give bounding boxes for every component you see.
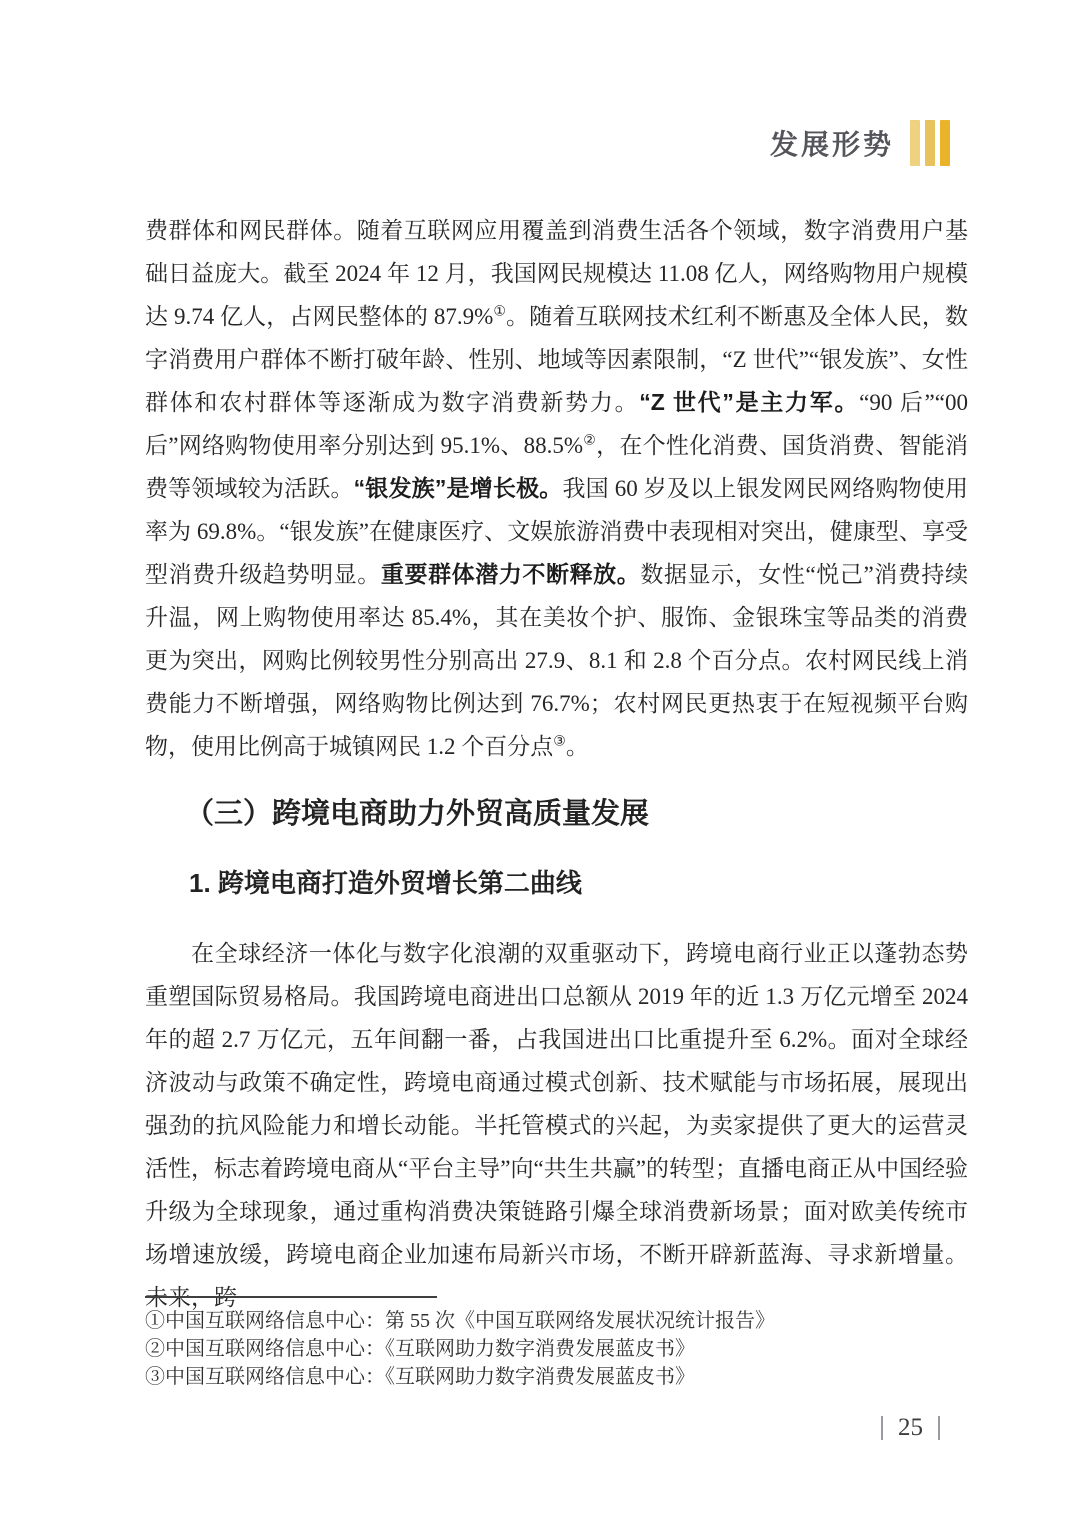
three-bars-icon bbox=[910, 120, 950, 166]
document-page: 发展形势 费群体和网民群体。随着互联网应用覆盖到消费生活各个领域，数字消费用户基… bbox=[0, 0, 1080, 1528]
page-number: 25 bbox=[881, 1414, 940, 1442]
paragraph-cross-border-trade: 在全球经济一体化与数字化浪潮的双重驱动下，跨境电商行业正以蓬勃态势重塑国际贸易格… bbox=[145, 932, 968, 1319]
section-heading-cross-border-ecommerce: （三）跨境电商助力外贸高质量发展 bbox=[185, 794, 968, 834]
footnote-3: ③中国互联网络信息中心：《互联网助力数字消费发展蓝皮书》 bbox=[145, 1363, 905, 1391]
page-number-left-bar bbox=[881, 1416, 883, 1440]
footnote-1: ①中国互联网络信息中心：第 55 次《中国互联网络发展状况统计报告》 bbox=[145, 1307, 905, 1335]
page-header: 发展形势 bbox=[770, 120, 950, 166]
page-content: 费群体和网民群体。随着互联网应用覆盖到消费生活各个领域，数字消费用户基础日益庞大… bbox=[145, 209, 968, 1319]
footnote-separator-line bbox=[145, 1296, 437, 1298]
gold-bar-icon-1 bbox=[910, 120, 920, 166]
gold-bar-icon-2 bbox=[925, 120, 935, 166]
page-number-right-bar bbox=[938, 1416, 940, 1440]
gold-bar-icon-3 bbox=[940, 120, 950, 166]
header-section-title: 发展形势 bbox=[770, 123, 894, 163]
footnote-2: ②中国互联网络信息中心：《互联网助力数字消费发展蓝皮书》 bbox=[145, 1335, 905, 1363]
page-number-value: 25 bbox=[898, 1414, 923, 1442]
subsection-heading-second-growth-curve: 1. 跨境电商打造外贸增长第二曲线 bbox=[189, 864, 968, 902]
footnotes-block: ①中国互联网络信息中心：第 55 次《中国互联网络发展状况统计报告》 ②中国互联… bbox=[145, 1296, 905, 1391]
paragraph-digital-consumer-groups: 费群体和网民群体。随着互联网应用覆盖到消费生活各个领域，数字消费用户基础日益庞大… bbox=[145, 209, 968, 768]
